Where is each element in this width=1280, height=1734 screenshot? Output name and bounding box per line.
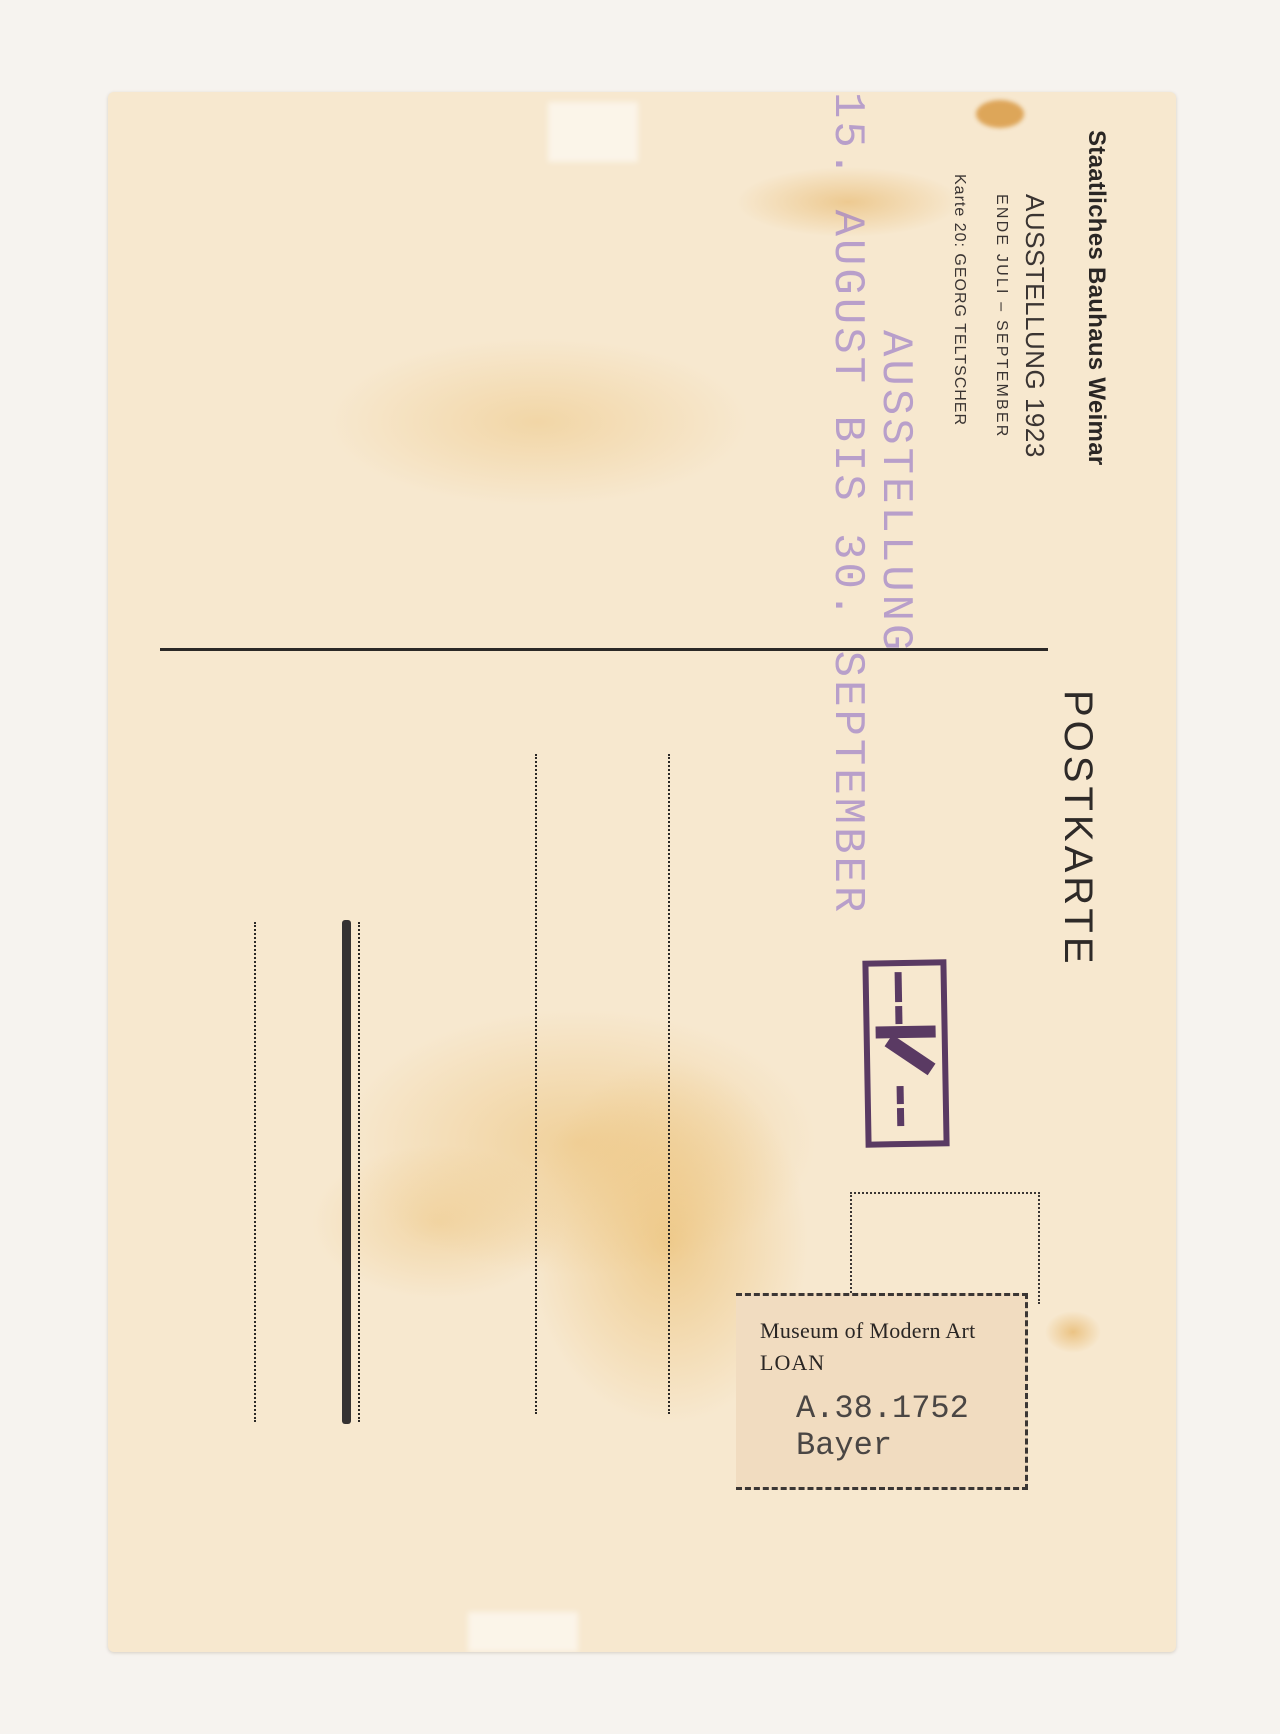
- address-emphasis-bar: [342, 920, 351, 1424]
- overprint-line-exhibition: AUSSTELLUNG: [870, 330, 920, 653]
- stain-mark: [976, 100, 1024, 128]
- exhibition-dates: ENDE JULI – SEPTEMBER: [992, 194, 1010, 438]
- card-divider-line: [160, 648, 1048, 651]
- postcard-title: POSTKARTE: [1055, 690, 1100, 968]
- overprint-line-dates: 15. AUGUST BIS 30. SEPTEMBER: [822, 92, 872, 915]
- kl-stamp-icon: [862, 959, 949, 1147]
- address-line: [254, 922, 256, 1422]
- stamp-placement-box: [850, 1192, 1040, 1304]
- paper-residue: [468, 1612, 578, 1652]
- accession-number: A.38.1752: [796, 1390, 1025, 1427]
- postcard: Staatliches Bauhaus Weimar AUSSTELLUNG 1…: [108, 92, 1176, 1652]
- institution-name: Staatliches Bauhaus Weimar: [1082, 130, 1110, 465]
- address-line: [358, 922, 360, 1422]
- card-credit: Karte 20: GEORG TELTSCHER: [950, 174, 968, 426]
- loan-museum-name: Museum of Modern Art: [760, 1318, 1025, 1344]
- paper-residue: [548, 102, 638, 162]
- museum-loan-label: Museum of Modern Art LOAN A.38.1752 Baye…: [736, 1293, 1028, 1490]
- address-line: [535, 754, 537, 1414]
- artist-name: Bayer: [796, 1427, 1025, 1464]
- address-line: [668, 754, 670, 1414]
- loan-type: LOAN: [760, 1350, 1025, 1376]
- exhibition-title: AUSSTELLUNG 1923: [1019, 194, 1050, 458]
